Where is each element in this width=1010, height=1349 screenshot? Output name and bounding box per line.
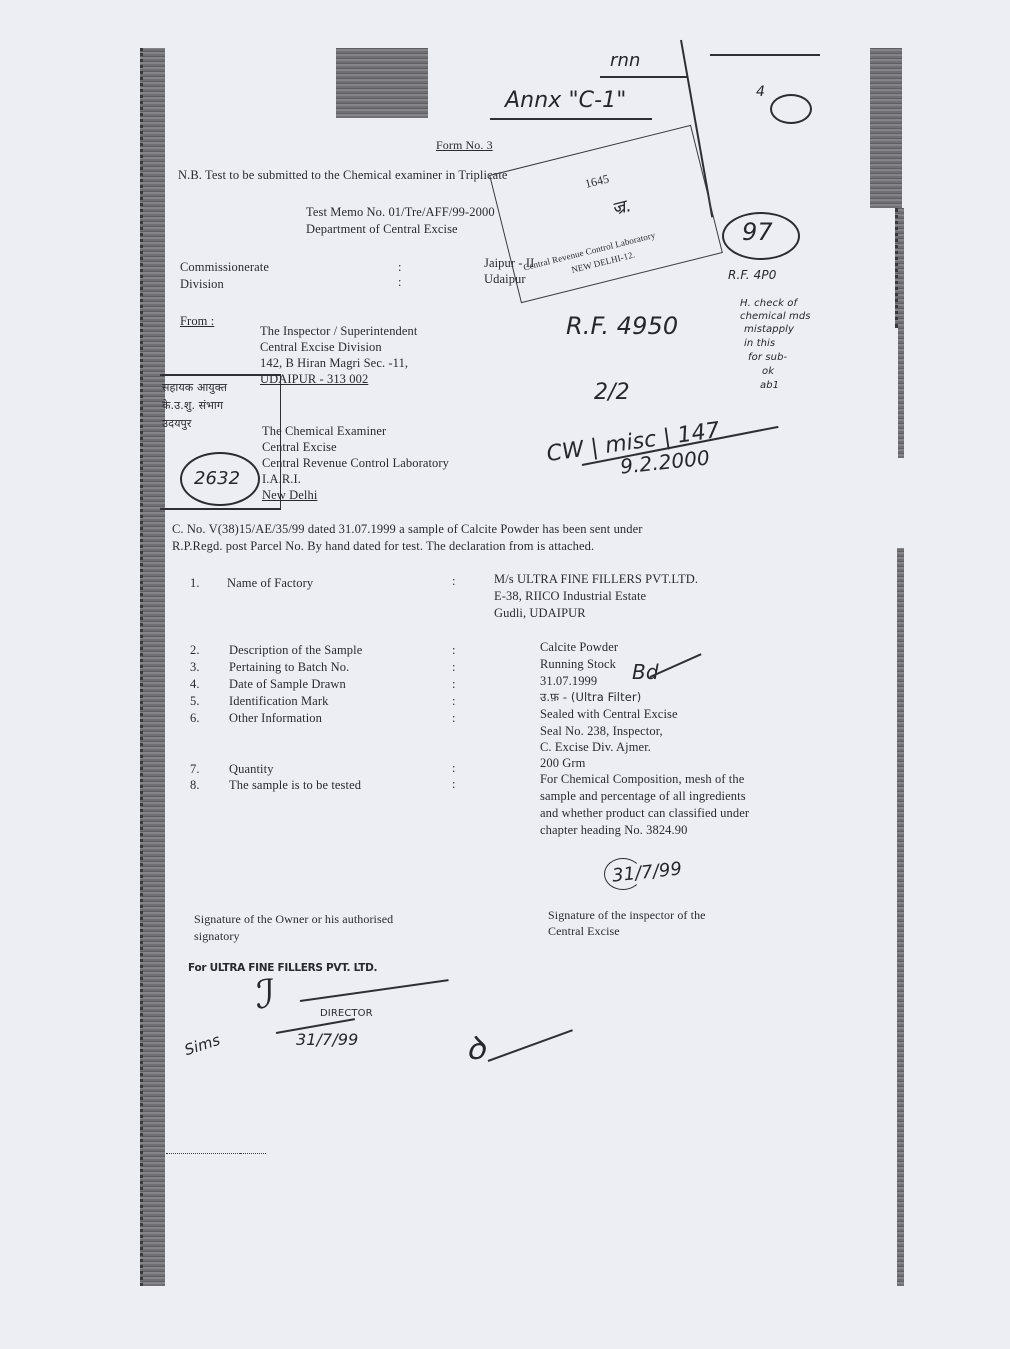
batch-initials: Bd xyxy=(632,660,659,684)
item-value: Seal No. 238, Inspector, xyxy=(540,724,663,739)
hindi-stamp-line-3: उदयपुर xyxy=(162,416,192,431)
to-line: The Chemical Examiner xyxy=(262,424,386,439)
hindi-stamp-line-2: के.उ.शु. संभाग xyxy=(162,398,223,413)
item-value: उ.फ़ - (Ultra Filter) xyxy=(540,690,641,705)
form-note: N.B. Test to be submitted to the Chemica… xyxy=(178,168,508,183)
item-number: 8. xyxy=(190,778,200,793)
bottom-initials: Sims xyxy=(182,1031,222,1059)
to-line: New Delhi xyxy=(262,488,317,503)
margin-note-line: chemical mds xyxy=(740,311,811,322)
item-colon: : xyxy=(452,574,456,589)
director-date: 31/7/99 xyxy=(296,1030,358,1049)
item-number: 3. xyxy=(190,660,200,675)
from-label: From : xyxy=(180,314,214,329)
annex-underline xyxy=(490,118,652,120)
stamp-number: 1645 xyxy=(583,171,610,191)
form-title: Form No. 3 xyxy=(436,138,493,153)
to-line: I.A.R.I. xyxy=(262,472,301,487)
item-colon: : xyxy=(452,711,456,726)
commissionerate-label: Commissionerate xyxy=(180,260,269,275)
scan-edge-right-3 xyxy=(898,328,904,458)
owner-signature-label-2: signatory xyxy=(194,929,240,944)
item-colon: : xyxy=(452,660,456,675)
item-value: chapter heading No. 3824.90 xyxy=(540,823,687,838)
margin-note-line: ok xyxy=(762,366,774,377)
bottom-dotted-rule xyxy=(240,1153,262,1154)
bottom-right-signature: ꝺ xyxy=(466,1026,485,1069)
item-value: sample and percentage of all ingredients xyxy=(540,789,746,804)
item-value: C. Excise Div. Ajmer. xyxy=(540,740,651,755)
item-number: 2. xyxy=(190,643,200,658)
inspector-signature-label-1: Signature of the inspector of the xyxy=(548,908,706,923)
stamp-note: ज्र. xyxy=(609,193,634,221)
division-value: Udaipur xyxy=(484,272,526,287)
from-line: The Inspector / Superintendent xyxy=(260,324,417,339)
item-label: Date of Sample Drawn xyxy=(229,677,346,692)
scan-edge-right-1 xyxy=(870,48,902,208)
circle-top-right xyxy=(770,94,812,124)
item-value: Sealed with Central Excise xyxy=(540,707,678,722)
item-number: 1. xyxy=(190,576,200,591)
item-label: Pertaining to Batch No. xyxy=(229,660,349,675)
margin-note-line: in this xyxy=(744,338,775,349)
margin-note-line: for sub- xyxy=(748,352,787,363)
director-signature: ℐ xyxy=(256,972,275,1018)
item-value: and whether product can classified under xyxy=(540,806,749,821)
margin-note-line: ab1 xyxy=(760,380,779,391)
item-colon: : xyxy=(452,761,456,776)
scan-edge-right-4 xyxy=(897,548,904,1286)
owner-signature-label-1: Signature of the Owner or his authorised xyxy=(194,912,393,927)
annex-label: Annx "C-1" xyxy=(505,88,626,113)
bottom-right-signature-stroke xyxy=(488,1029,573,1062)
date-2-2: 2/2 xyxy=(594,380,630,405)
division-label: Division xyxy=(180,277,224,292)
item-value: For Chemical Composition, mesh of the xyxy=(540,772,744,787)
item-label: Other Information xyxy=(229,711,322,726)
item-value: E-38, RIICO Industrial Estate xyxy=(494,589,646,604)
director-title: DIRECTOR xyxy=(320,1008,373,1019)
from-line: Central Excise Division xyxy=(260,340,382,355)
scan-edge-right-2 xyxy=(895,208,904,328)
item-colon: : xyxy=(452,643,456,658)
company-stamp: For ULTRA FINE FILLERS PVT. LTD. xyxy=(188,962,377,974)
commissionerate-value: Jaipur - II xyxy=(484,256,534,271)
rf-number: R.F. 4950 xyxy=(566,312,678,340)
item-value: Calcite Powder xyxy=(540,640,618,655)
item-number: 5. xyxy=(190,694,200,709)
item-colon: : xyxy=(452,677,456,692)
item-label: Identification Mark xyxy=(229,694,328,709)
commissionerate-colon: : xyxy=(398,260,402,275)
division-colon: : xyxy=(398,275,402,290)
rn-note: R.F. 4P0 xyxy=(728,268,776,282)
top-rule-2 xyxy=(710,54,820,56)
item-number: 7. xyxy=(190,762,200,777)
top-rule-1 xyxy=(600,76,688,78)
body-line-1: C. No. V(38)15/AE/35/99 dated 31.07.1999… xyxy=(172,522,643,537)
hindi-stamp-line-1: सहायक आयुक्त xyxy=(162,380,227,395)
inspector-signature-loop xyxy=(604,858,642,890)
circle-2632-value: 2632 xyxy=(194,468,240,489)
to-line: Central Excise xyxy=(262,440,337,455)
scan-edge-left xyxy=(140,48,165,1286)
item-label: Name of Factory xyxy=(227,576,313,591)
from-line: 142, B Hiran Magri Sec. -11, xyxy=(260,356,408,371)
item-label: Description of the Sample xyxy=(229,643,362,658)
item-colon: : xyxy=(452,777,456,792)
circle-note-top-right: 4 xyxy=(756,84,765,100)
item-number: 6. xyxy=(190,711,200,726)
circle-97-value: 97 xyxy=(742,218,773,246)
margin-note-line: mistapply xyxy=(744,324,794,335)
inspector-signature-label-2: Central Excise xyxy=(548,924,620,939)
item-number: 4. xyxy=(190,677,200,692)
to-line: Central Revenue Control Laboratory xyxy=(262,456,449,471)
item-value: Gudli, UDAIPUR xyxy=(494,606,586,621)
item-value: 200 Grm xyxy=(540,756,586,771)
item-value: 31.07.1999 xyxy=(540,674,597,689)
item-label: The sample is to be tested xyxy=(229,778,361,793)
department: Department of Central Excise xyxy=(306,222,458,237)
item-value: Running Stock xyxy=(540,657,616,672)
memo-number: Test Memo No. 01/Tre/AFF/99-2000 xyxy=(306,205,495,220)
item-label: Quantity xyxy=(229,762,274,777)
item-value: M/s ULTRA FINE FILLERS PVT.LTD. xyxy=(494,572,698,587)
top-scribble: rnn xyxy=(610,50,641,71)
body-line-2: R.P.Regd. post Parcel No. By hand dated … xyxy=(172,539,594,554)
margin-note-line: H. check of xyxy=(740,298,797,309)
scan-block-top xyxy=(336,48,428,118)
item-colon: : xyxy=(452,694,456,709)
director-signature-stroke xyxy=(300,979,449,1002)
